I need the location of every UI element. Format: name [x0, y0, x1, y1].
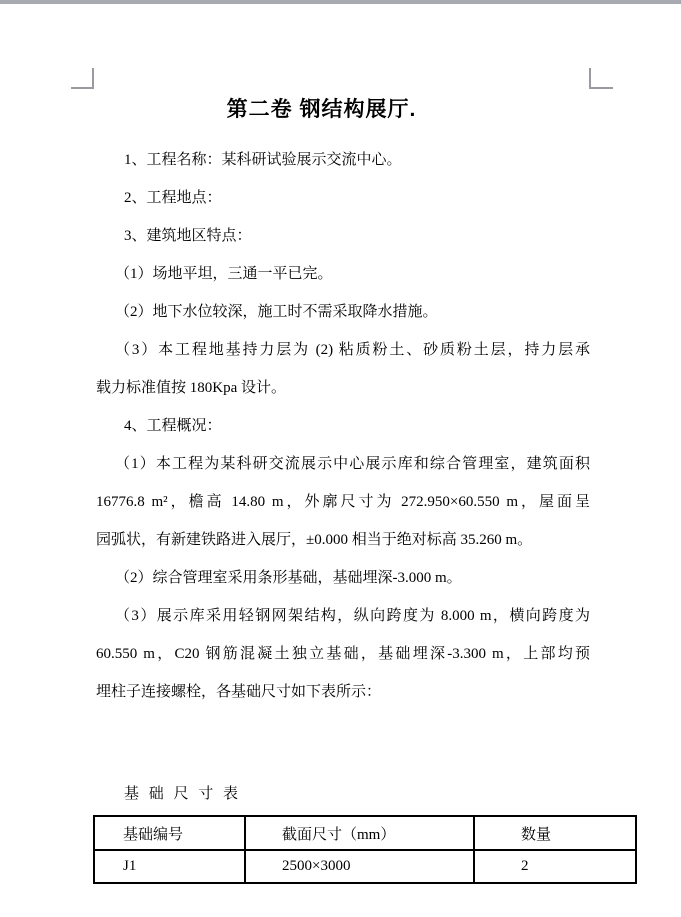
margin-crop-mark-top-left-vertical	[92, 68, 94, 89]
table-cell-foundation-id: J1	[94, 850, 245, 883]
margin-crop-mark-top-left-horizontal	[71, 87, 94, 89]
document-body: 1、工程名称：某科研试验展示交流中心。 2、工程地点： 3、建筑地区特点： （1…	[93, 141, 590, 711]
table-header-cell: 截面尺寸（mm）	[245, 816, 474, 850]
body-line: 园弧状，有新建铁路进入展厅，±0.000 相当于绝对标高 35.260 m。	[93, 521, 590, 559]
body-line: 埋柱子连接螺栓，各基础尺寸如下表所示：	[93, 673, 590, 711]
body-line: 1、工程名称：某科研试验展示交流中心。	[93, 141, 590, 179]
page-top-edge-band	[0, 0, 681, 4]
body-line: 2、工程地点：	[93, 179, 590, 217]
body-line: 4、工程概况：	[93, 407, 590, 445]
table-header-cell: 基础编号	[94, 816, 245, 850]
table-row: J1 2500×3000 2	[94, 850, 636, 883]
document-page: { "colors": { "page_background": "#fffff…	[0, 0, 681, 917]
body-line: （1）本工程为某科研交流展示中心展示库和综合管理室，建筑面积	[93, 445, 590, 483]
body-line: （3）展示库采用轻钢网架结构，纵向跨度为 8.000 m，横向跨度为	[93, 597, 590, 635]
margin-crop-mark-top-right-horizontal	[589, 87, 613, 89]
body-line: （3）本工程地基持力层为 (2) 粘质粉土、砂质粉土层，持力层承	[93, 331, 590, 369]
body-line: 16776.8 m²，檐高 14.80 m，外廓尺寸为 272.950×60.5…	[93, 483, 590, 521]
foundation-size-table: 基础编号 截面尺寸（mm） 数量 J1 2500×3000 2	[93, 815, 637, 884]
table-cell-section-size: 2500×3000	[245, 850, 474, 883]
table-caption: 基 础 尺 寸 表	[93, 775, 590, 813]
body-line: 3、建筑地区特点：	[93, 217, 590, 255]
margin-crop-mark-top-right-vertical	[589, 68, 591, 89]
body-line: 载力标准值按 180Kpa 设计。	[93, 369, 590, 407]
table-header-row: 基础编号 截面尺寸（mm） 数量	[94, 816, 636, 850]
table-header-cell: 数量	[474, 816, 636, 850]
table-cell-quantity: 2	[474, 850, 636, 883]
body-line: 60.550 m，C20 钢筋混凝土独立基础，基础埋深-3.300 m，上部均预	[93, 635, 590, 673]
document-title: 第二卷 钢结构展厅.	[73, 94, 570, 126]
body-line: （2）地下水位较深，施工时不需采取降水措施。	[93, 293, 590, 331]
body-line: （1）场地平坦，三通一平已完。	[93, 255, 590, 293]
body-line: （2）综合管理室采用条形基础，基础埋深-3.000 m。	[93, 559, 590, 597]
